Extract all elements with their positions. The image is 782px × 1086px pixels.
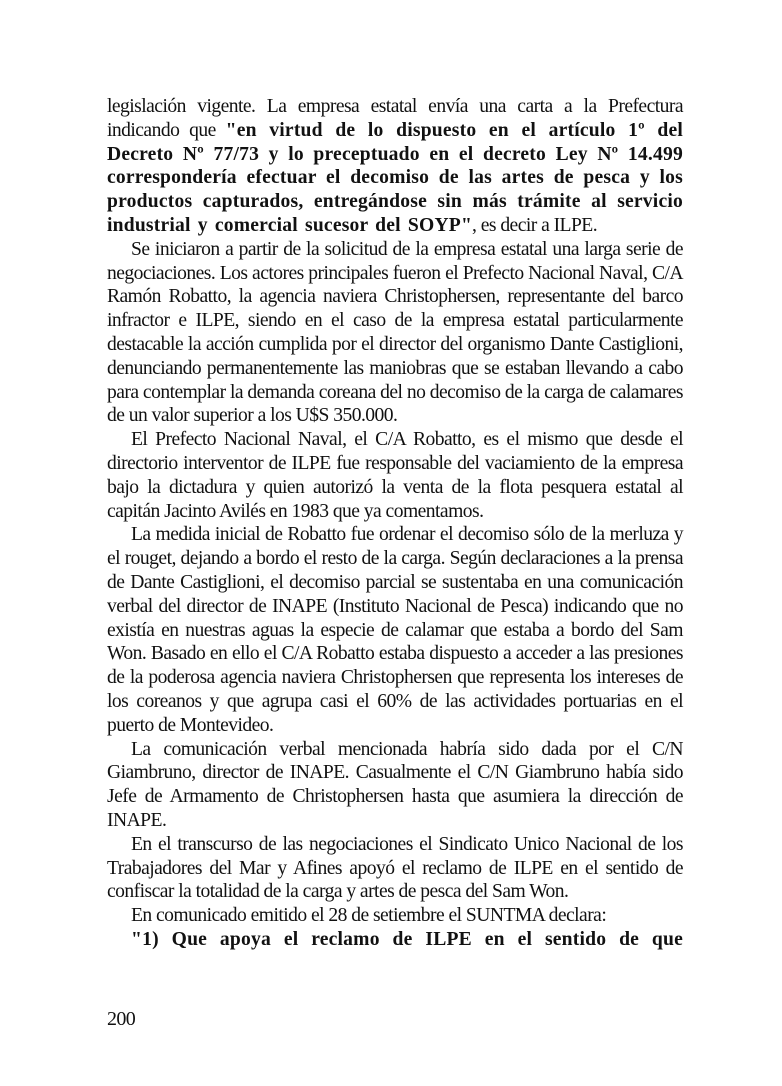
paragraph-6: En el transcurso de las negociaciones el… <box>107 833 683 904</box>
paragraph-2: Se iniciaron a partir de la solicitud de… <box>107 238 683 428</box>
paragraph-5: La comunicación verbal mencionada habría… <box>107 738 683 833</box>
paragraph-3: El Prefecto Nacional Naval, el C/A Robat… <box>107 428 683 523</box>
suntma-quote-start: "1) Que apoya el reclamo de ILPE en el s… <box>107 928 683 952</box>
paragraph-7: En comunicado emitido el 28 de setiembre… <box>107 904 683 928</box>
page-body: legislación vigente. La empresa estatal … <box>107 95 683 952</box>
page-number: 200 <box>107 1008 135 1031</box>
paragraph-1: legislación vigente. La empresa estatal … <box>107 95 683 238</box>
paragraph-1-tail: , es decir a ILPE. <box>472 215 597 236</box>
paragraph-4: La medida inicial de Robatto fue ordenar… <box>107 523 683 737</box>
